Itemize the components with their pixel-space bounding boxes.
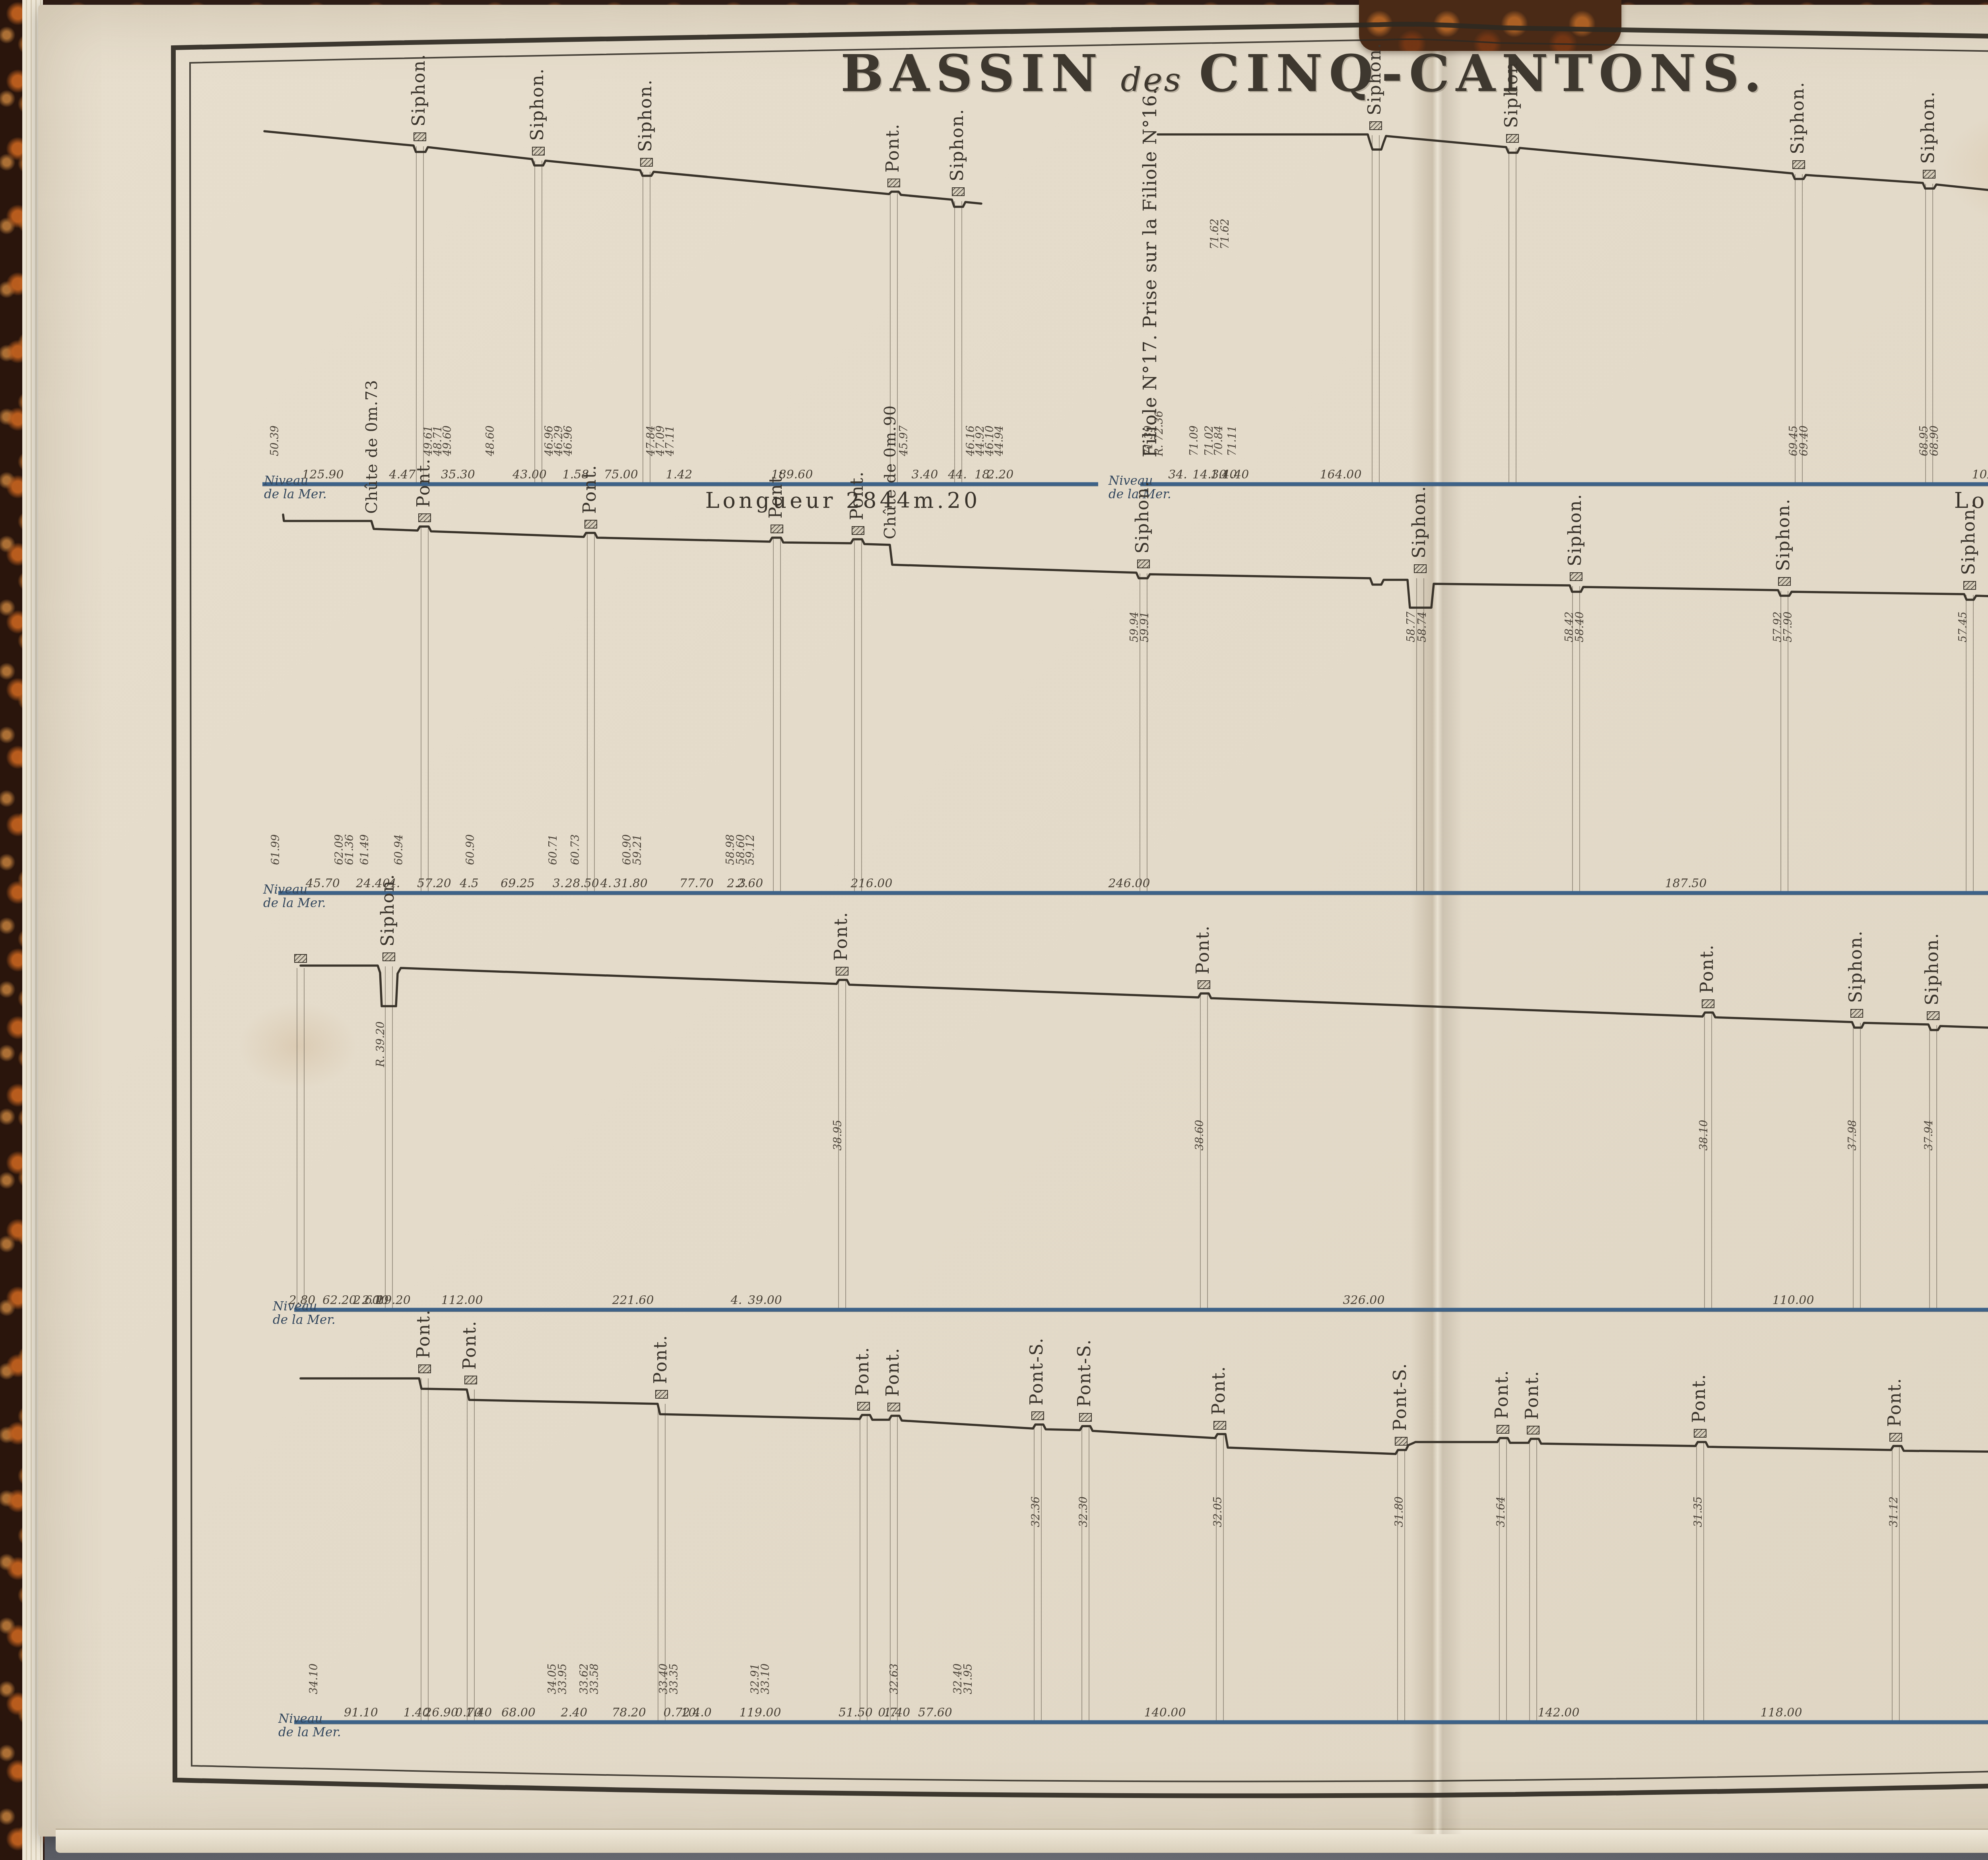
structure-marker: [1198, 981, 1210, 989]
structure-label: Siphon.: [378, 873, 398, 947]
elevation-value: R. 39.20: [375, 1021, 387, 1067]
profile-band-4: Niveaude la Mer.Pont.Pont.Pont.Pont.Pont…: [278, 1309, 1988, 1739]
elevation-value: 32.63: [888, 1664, 901, 1694]
elevation-value: 71.11: [1226, 426, 1239, 456]
profile-line: [264, 131, 981, 207]
scanned-atlas-page: { "title":{"w1":"BASSIN","w2":"des","w3"…: [0, 0, 1988, 1860]
elevation-value: 60.90: [464, 834, 477, 865]
structure-marker: [419, 514, 431, 522]
structure-label: Siphon.: [1365, 42, 1385, 115]
distance-value: 3.: [553, 877, 564, 890]
elevation-value: 60.73: [569, 834, 582, 865]
structure-label: Siphon.: [1773, 498, 1794, 571]
elevation-value: 61.99: [270, 834, 282, 865]
elevation-value: 49.60: [441, 426, 454, 457]
structure-marker: [1395, 1437, 1407, 1445]
distance-value: 4.: [600, 877, 612, 890]
structure-label: Siphon.: [527, 68, 547, 141]
elevation-value: 37.94: [1923, 1120, 1935, 1151]
elevation-value: 31.35: [1692, 1497, 1705, 1527]
distance-value: 110.00: [1773, 1293, 1814, 1307]
distance-value: 4.5: [459, 877, 479, 890]
distance-value: 2.20: [987, 468, 1014, 482]
distance-value: 125.90: [302, 468, 344, 482]
structure-label: Pont-S.: [1027, 1337, 1047, 1405]
structure-marker: [1497, 1425, 1509, 1433]
structure-marker: [1964, 581, 1976, 589]
elevation-value: 47.11: [664, 426, 676, 457]
structure-marker: [952, 188, 964, 196]
elevation-value: 60.71: [547, 834, 559, 865]
elevation-value: 61.49: [359, 834, 371, 865]
frame-outer-border: [173, 24, 1988, 1796]
structure-label: Siphon.: [947, 108, 967, 181]
elevation-value: 31.12: [1888, 1497, 1900, 1527]
structure-label: Pont.: [883, 1347, 903, 1397]
elevation-value: 37.98: [1846, 1120, 1859, 1151]
distance-value: 77.70: [679, 877, 714, 890]
structure-marker: [771, 525, 783, 533]
structure-label: Pont.: [414, 458, 434, 507]
distance-value: 78.20: [612, 1706, 646, 1720]
structure-label: Pont.: [852, 1347, 873, 1396]
distance-value: 4.: [730, 1293, 742, 1307]
structure-label: Siphon.: [1918, 91, 1938, 164]
structure-label: Pont.: [580, 465, 600, 514]
structure-marker: [1032, 1412, 1044, 1420]
structure-label: Siphon.: [1922, 932, 1942, 1005]
structure-label: Pont.: [460, 1320, 480, 1370]
elevation-value: 58.77: [1405, 611, 1417, 642]
structure-marker: [419, 1365, 431, 1373]
elevation-value: 58.40: [1574, 612, 1586, 642]
distance-value: 221.60: [612, 1293, 654, 1307]
structure-marker: [532, 147, 544, 155]
structure-label: Siphon.: [1565, 493, 1585, 566]
distance-value: 62.20: [322, 1293, 357, 1307]
distance-value: 142.00: [1538, 1706, 1580, 1720]
profile-line: [301, 966, 1988, 1065]
distance-value: 69.25: [501, 877, 535, 890]
elevation-value: 59.21: [631, 834, 644, 865]
structure-marker: [858, 1402, 870, 1410]
elevation-value: 38.10: [1698, 1120, 1710, 1151]
profile-band-1: Niveaude la Mer.Siphon.Siphon.Siphon.Pon…: [262, 8, 1988, 513]
structure-marker: [1778, 577, 1790, 585]
structure-marker: [888, 179, 900, 187]
distance-value: 164.00: [1320, 468, 1362, 482]
distance-value: 34.: [1168, 468, 1187, 482]
structure-marker: [465, 1376, 477, 1384]
profile-drawing: Niveaude la Mer.Siphon.Siphon.Siphon.Pon…: [0, 0, 1988, 1860]
structure-label: Pont.: [847, 471, 867, 520]
distance-value: 51.50: [839, 1706, 873, 1720]
elevation-value: 34.10: [308, 1664, 320, 1694]
structure-label: Pont.: [883, 123, 903, 173]
structure-marker: [383, 953, 395, 961]
structure-label: Siphon.: [409, 53, 429, 126]
structure-label: Pont.: [1209, 1366, 1229, 1415]
elevation-value: 33.10: [759, 1664, 772, 1694]
length-label: Longueur 2844m.20: [705, 488, 981, 513]
elevation-value: 50.39: [269, 426, 281, 456]
distance-value: 140.00: [1144, 1706, 1186, 1720]
distance-value: 57.20: [417, 877, 451, 890]
elevation-value: 48.60: [484, 426, 497, 457]
structure-label: Siphon.: [1788, 81, 1808, 154]
structure-marker: [1527, 1426, 1539, 1434]
structure-marker: [641, 158, 652, 166]
elevation-value: 61.36: [344, 834, 356, 865]
structure-label: Siphon.: [1132, 480, 1153, 554]
distance-value: 4.0: [692, 1706, 712, 1720]
distance-value: 246.00: [1108, 877, 1150, 890]
elevation-value: 59.12: [744, 834, 757, 865]
elevation-value: 71.62: [1219, 219, 1231, 249]
page-frame: [173, 24, 1988, 1796]
structure-label: Pont.: [766, 469, 786, 519]
elevation-value: 32.30: [1077, 1497, 1090, 1527]
structure-marker: [1694, 1429, 1706, 1437]
distance-value: 91.10: [344, 1706, 378, 1720]
structure-label: Pont.: [1885, 1378, 1905, 1427]
elevation-value: 45.97: [898, 425, 910, 457]
structure-label: Pont.: [1522, 1370, 1542, 1420]
distance-value: 119.00: [740, 1706, 781, 1720]
elevation-value: 33.58: [588, 1664, 601, 1694]
elevation-value: 31.64: [1495, 1497, 1507, 1527]
annotation-label: Chûte de 0m.90: [881, 405, 899, 539]
structure-marker: [1507, 134, 1518, 142]
structure-marker: [888, 1403, 900, 1411]
distance-value: 68.00: [501, 1706, 536, 1720]
annotation-label: Chûte de 0m.73: [363, 379, 381, 514]
structure-marker: [1890, 1433, 1902, 1441]
distance-value: 1.42: [666, 468, 693, 482]
distance-value: 2.60: [736, 877, 763, 890]
elevation-value: 70.84: [1213, 426, 1225, 456]
structure-label: Siphon.: [635, 79, 656, 152]
structure-label: Pont-S.: [1074, 1339, 1095, 1407]
structure-label: Siphon.: [1409, 485, 1429, 558]
structure-marker: [656, 1390, 668, 1398]
distance-value: 1.40: [884, 1706, 911, 1720]
elevation-value: 57.90: [1782, 612, 1794, 642]
distance-value: 75.00: [604, 468, 638, 482]
structure-marker: [1927, 1012, 1939, 1020]
distance-value: 2.80: [289, 1293, 316, 1307]
structure-marker: [836, 967, 848, 975]
distance-value: 44.: [947, 468, 967, 482]
distance-value: 326.00: [1343, 1293, 1385, 1307]
distance-value: 35.30: [441, 468, 475, 482]
elevation-value: 33.35: [668, 1664, 680, 1694]
profile-line: [301, 1378, 1988, 1467]
structure-label: Siphon.: [1501, 55, 1522, 128]
elevation-value: 31.95: [962, 1664, 975, 1694]
elevation-value: 69.40: [1798, 426, 1810, 456]
distance-value: 45.70: [305, 877, 340, 890]
structure-marker: [1923, 170, 1935, 178]
elevation-value: 32.05: [1212, 1497, 1224, 1527]
elevation-value: 68.90: [1928, 426, 1941, 456]
elevation-value: 57.45: [1957, 612, 1969, 642]
elevation-value: 44.94: [993, 426, 1006, 457]
distance-value: 112.00: [441, 1293, 483, 1307]
distance-value: 31.80: [613, 877, 648, 890]
distance-value: 39.00: [748, 1293, 782, 1307]
distance-value: 43.00: [512, 468, 547, 482]
distance-value: 28.50: [565, 877, 599, 890]
elevation-value: 32.36: [1030, 1497, 1042, 1527]
elevation-value: 38.95: [832, 1120, 844, 1151]
structure-label: Pont.: [1492, 1370, 1512, 1419]
elevation-value: 71.09: [1188, 426, 1200, 456]
structure-label: Pont.: [1697, 944, 1717, 993]
structure-marker: [1414, 565, 1426, 573]
structure-marker: [1702, 1000, 1714, 1008]
distance-value: 1.40: [1223, 468, 1249, 482]
profile-band-2: Niveaude la Mer.Pont.Pont.Pont.Pont.Siph…: [263, 379, 1988, 910]
elevation-value: 31.80: [1393, 1497, 1406, 1527]
distance-value: 4.47: [389, 468, 416, 482]
structure-marker: [1214, 1421, 1226, 1429]
structure-label: Siphon.: [1959, 502, 1979, 575]
structure-marker: [1793, 161, 1805, 169]
distance-value: 102.00: [1972, 468, 1988, 482]
distance-value: 3.40: [912, 468, 938, 482]
structure-label: Pont.: [1689, 1374, 1709, 1423]
structure-marker: [1370, 122, 1382, 130]
structure-marker: [1138, 560, 1149, 568]
elevation-value: 60.94: [393, 834, 405, 865]
distance-value: 1.40: [466, 1706, 492, 1720]
structure-marker: [1851, 1009, 1863, 1017]
elevation-value: 46.96: [562, 426, 575, 457]
profile-line: [1158, 134, 1988, 220]
distance-value: 26.90: [424, 1706, 458, 1720]
structure-marker: [852, 527, 864, 534]
elevation-value: 59.91: [1139, 612, 1151, 642]
structure-label: Siphon.: [1846, 930, 1866, 1003]
distance-value: 19.20: [377, 1293, 411, 1307]
distance-value: 2.40: [561, 1706, 588, 1720]
structure-label: Pont-S.: [1390, 1362, 1410, 1431]
elevation-value: 33.95: [557, 1664, 569, 1694]
structure-label: Pont.: [414, 1309, 434, 1359]
distance-value: 57.60: [918, 1706, 952, 1720]
structure-label: Pont.: [1193, 925, 1213, 974]
distance-value: 216.00: [850, 877, 893, 890]
structure-marker: [585, 520, 597, 528]
elevation-value: 38.60: [1194, 1120, 1206, 1151]
distance-value: 187.50: [1665, 877, 1707, 890]
annotation-label: Filiole N°17. Prise sur la Filiole N°16.: [1139, 88, 1161, 457]
structure-label: Pont.: [831, 912, 851, 961]
structure-label: Pont.: [650, 1335, 671, 1384]
structure-marker: [414, 133, 426, 141]
distance-value: 118.00: [1761, 1706, 1802, 1720]
sea-level-label: Niveaude la Mer.: [278, 1712, 341, 1739]
structure-marker: [295, 954, 307, 962]
structure-marker: [1079, 1413, 1091, 1421]
structure-marker: [1570, 573, 1582, 581]
elevation-value: 58.74: [1416, 612, 1429, 642]
